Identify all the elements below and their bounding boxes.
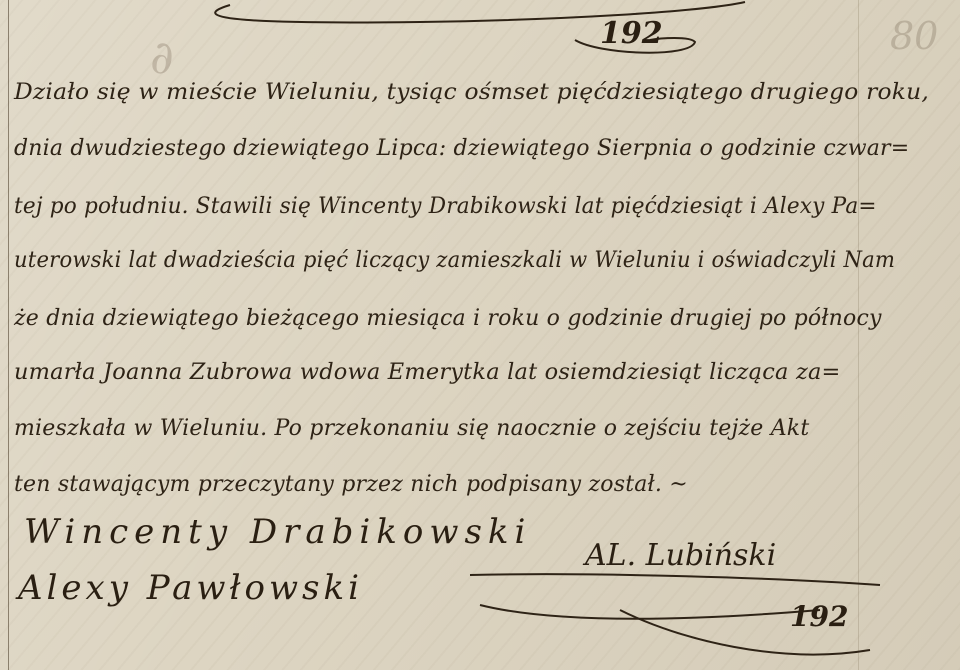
bottom-act-number: 192 [790,600,848,633]
bottom-flourish [0,0,960,670]
document-page: 80 ∂ 192 Działo się w mieście Wieluniu, … [0,0,960,670]
